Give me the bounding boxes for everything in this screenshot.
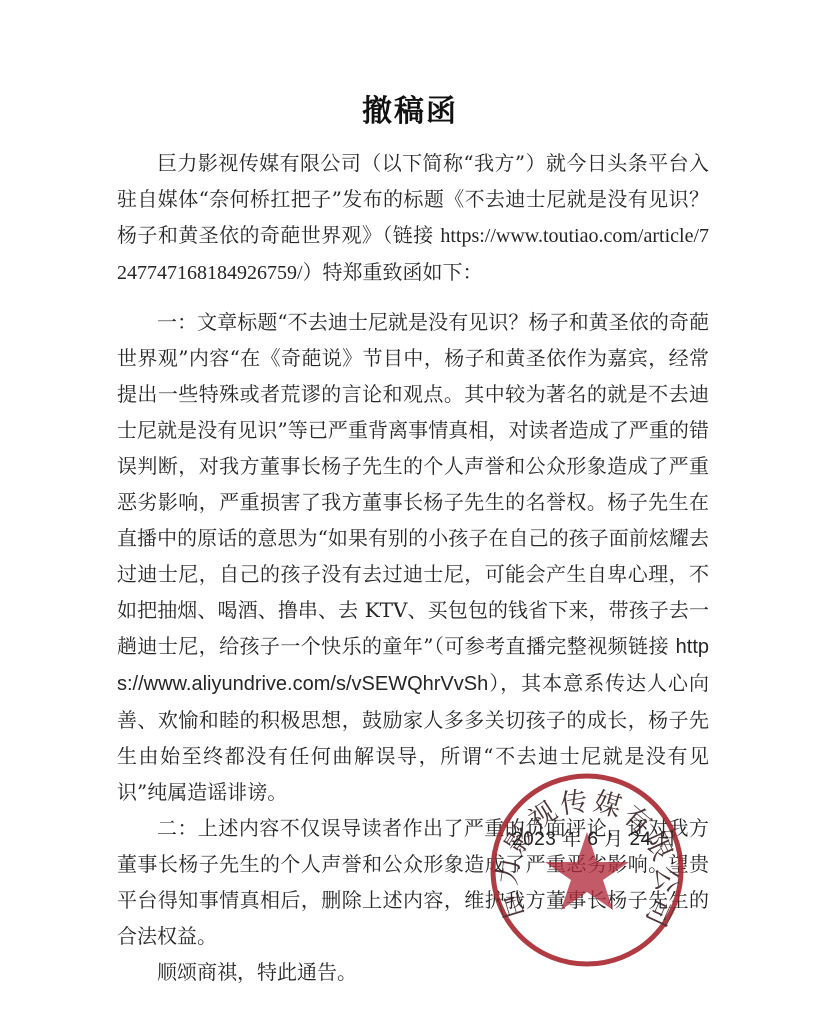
document-title: 撤稿函 <box>0 86 820 130</box>
intro-text-2: ）特郑重致函如下： <box>303 260 483 284</box>
point1-text-1: 一：文章标题“不去迪士尼就是没有见识？杨子和黄圣依的奇葩世界观”内容“在《奇葩说… <box>117 310 709 658</box>
closing-text: 顺颂商祺，特此通告。 <box>157 960 357 984</box>
paragraph-point-1: 一：文章标题“不去迪士尼就是没有见识？杨子和黄圣依的奇葩世界观”内容“在《奇葩说… <box>117 304 709 810</box>
paragraph-intro: 巨力影视传媒有限公司（以下简称“我方”）就今日头条平台入驻自媒体“奈何桥扛把子”… <box>117 145 709 291</box>
company-seal: 巨力影视传媒有限公司 <box>487 770 687 970</box>
document-date: 2023 年 6 月 24 日 <box>512 824 677 851</box>
